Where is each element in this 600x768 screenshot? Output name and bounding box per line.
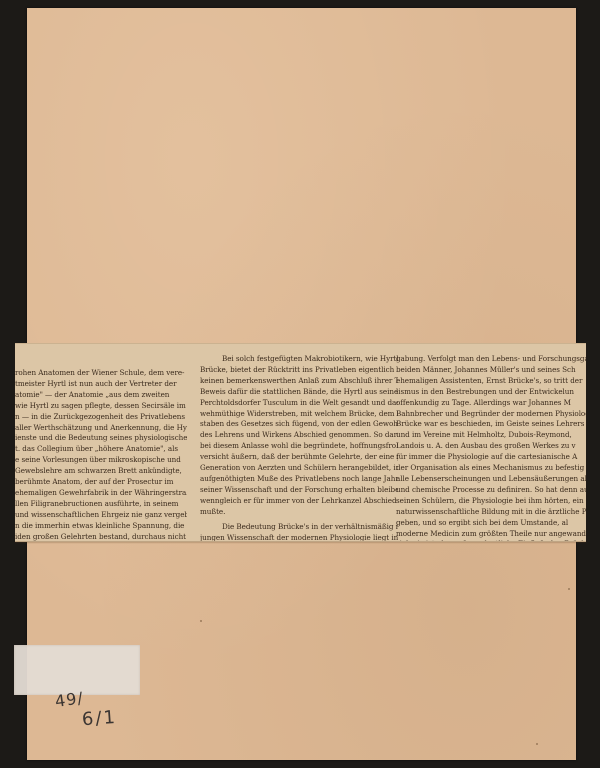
handwritten-line-1: 49/ — [54, 688, 85, 711]
text-line: n — in die Zurückgezogenheit des Privatl… — [15, 412, 187, 423]
text-line: beiden Männer, Johannes Müller's und sei… — [396, 365, 586, 376]
text-line: und im Vereine mit Helmholtz, Dubois-Rey… — [396, 430, 586, 441]
text-line: ehemaligen Gewehrfabrik in der Währinger… — [15, 488, 187, 499]
text-line: iden großen Gelehrten bestand, durchaus … — [15, 532, 187, 542]
text-line: alle Lebenserscheinungen und Lebensäußer… — [396, 474, 586, 485]
text-line: siologie ist, der außerordentliche Einfl… — [396, 539, 586, 542]
text-line: Bahnbrecher und Begründer der modernen P… — [396, 409, 586, 420]
text-line: Generation von Aerzten und Schülern hera… — [200, 463, 398, 474]
text-line: des Lehrens und Wirkens Abschied genomme… — [200, 430, 398, 441]
clipping-column-2: Bei solch festgefügten Makrobiotikern, w… — [200, 354, 398, 542]
text-line: lismus in den Bestrebungen und der Entwi… — [396, 387, 586, 398]
newspaper-clipping: rohen Anatomen der Wiener Schule, dem ve… — [15, 343, 586, 542]
text-line: geben, und so ergibt sich bei dem Umstan… — [396, 518, 586, 529]
text-line: wenngleich er für immer von der Lehrkanz… — [200, 496, 398, 507]
text-line: staben des Gesetzes sich fügend, von der… — [200, 419, 398, 430]
text-line: aufgenöthigten Muße des Privatlebens noc… — [200, 474, 398, 485]
text-line: rohen Anatomen der Wiener Schule, dem ve… — [15, 368, 187, 379]
text-line: t. das Collegium über „höhere Anatomie",… — [15, 444, 187, 455]
handwritten-line-2: 6/1 — [81, 707, 117, 730]
handwritten-archive-number: 49/ 6/1 — [55, 690, 135, 740]
text-line: seinen Schülern, die Physiologie bei ihm… — [396, 496, 586, 507]
text-line: keinen bemerkenswerthen Anlaß zum Abschl… — [200, 376, 398, 387]
text-line: moderne Medicin zum größten Theile nur a… — [396, 529, 586, 540]
text-line: Perchtoldsdorfer Tusculum in die Welt ge… — [200, 398, 398, 409]
text-line: naturwissenschaftliche Bildung mit in di… — [396, 507, 586, 518]
text-line: n die immerhin etwas kleinliche Spannung… — [15, 521, 187, 532]
text-line: Landois u. A. den Ausbau des großen Werk… — [396, 441, 586, 452]
text-line: ienste und die Bedeutung seines physiolo… — [15, 433, 187, 444]
text-line: und wissenschaftlichen Ehrgeiz nie ganz … — [15, 510, 187, 521]
text-line: Brücke war es beschieden, im Geiste sein… — [396, 419, 586, 430]
text-line: der Organisation als eines Mechanismus z… — [396, 463, 586, 474]
text-line: mußte. — [200, 507, 398, 518]
text-line: Bei solch festgefügten Makrobiotikern, w… — [200, 354, 398, 365]
text-line: atomie" — der Anatomie „aus dem zweiten — [15, 390, 187, 401]
text-line: Die Bedeutung Brücke's in der verhältnis… — [200, 522, 398, 533]
text-line: Beweis dafür die stattlichen Bände, die … — [200, 387, 398, 398]
paper-speck — [200, 620, 202, 622]
text-line: seiner Wissenschaft und der Forschung er… — [200, 485, 398, 496]
paper-speck — [568, 588, 570, 590]
paper-speck — [536, 743, 538, 745]
text-line: für immer die Physiologie auf die cartes… — [396, 452, 586, 463]
text-line: jungen Wissenschaft der modernen Physiol… — [200, 533, 398, 543]
text-line: aller Werthschätzung und Anerkennung, di… — [15, 423, 187, 434]
text-line: berühmte Anatom, der auf der Prosectur i… — [15, 477, 187, 488]
paper-tape-label — [14, 645, 140, 695]
text-line: llen Filigranebructionen ausführte, in s… — [15, 499, 187, 510]
text-line: wie Hyrtl zu sagen pflegte, dessen Secir… — [15, 401, 187, 412]
text-line: Gewebslehre am schwarzen Brett ankündigt… — [15, 466, 187, 477]
clipping-column-3: gabung. Verfolgt man den Lebens- und For… — [396, 354, 586, 542]
text-line: gabung. Verfolgt man den Lebens- und For… — [396, 354, 586, 365]
clipping-column-1: rohen Anatomen der Wiener Schule, dem ve… — [15, 368, 187, 542]
text-line: wehmüthige Widerstreben, mit welchem Brü… — [200, 409, 398, 420]
text-line: Brücke, bietet der Rücktritt ins Privatl… — [200, 365, 398, 376]
text-line: und chemische Processe zu definiren. So … — [396, 485, 586, 496]
text-line: offenkundig zu Tage. Allerdings war Joha… — [396, 398, 586, 409]
text-line: bei diesem Anlasse wohl die begründete, … — [200, 441, 398, 452]
text-line: ehemaligen Assistenten, Ernst Brücke's, … — [396, 376, 586, 387]
text-line: e seine Vorlesungen über mikroskopische … — [15, 455, 187, 466]
text-line: tmeister Hyrtl ist nun auch der Vertrete… — [15, 379, 187, 390]
text-line: versicht äußern, daß der berühmte Gelehr… — [200, 452, 398, 463]
